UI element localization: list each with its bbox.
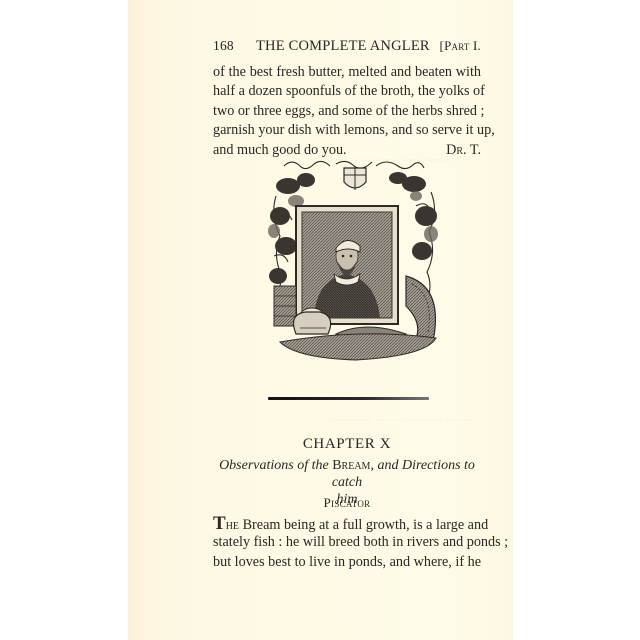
subtitle-part: Observations of the	[219, 458, 329, 473]
small-caps-word: he	[226, 517, 239, 533]
text-line: but loves best to live in ponds, and whe…	[213, 553, 481, 572]
text-line-content: Bream being at a full growth, is a large…	[239, 517, 488, 533]
running-header: 168 THE COMPLETE ANGLER [Part I.	[213, 38, 481, 56]
speaker-label: Piscator	[213, 495, 481, 511]
recipe-text: of the best fresh butter, melted and bea…	[213, 63, 481, 160]
text-line: The Bream being at a full growth, is a l…	[213, 514, 481, 533]
text-line: stately fish : he will breed both in riv…	[213, 533, 481, 552]
page-number: 168	[213, 38, 234, 54]
text-line: garnish your dish with lemons, and so se…	[213, 121, 481, 140]
text-line: two or three eggs, and some of the herbs…	[213, 102, 481, 121]
portrait-engraving	[266, 156, 444, 368]
part-label: [Part I.	[440, 38, 481, 54]
bleed-through-text: ~~~~~~ ~~~~ ~~~~~ ~~~~	[330, 410, 473, 429]
chapter-divider-rule	[268, 397, 429, 400]
chapter-paragraph: The Bream being at a full growth, is a l…	[213, 514, 481, 572]
author-signature: Dr. T.	[446, 141, 481, 160]
text-line: half a dozen spoonfuls of the broth, the…	[213, 82, 481, 101]
text-line: of the best fresh butter, melted and bea…	[213, 63, 481, 82]
subtitle-fish-name: Bream,	[332, 458, 374, 473]
drop-cap: T	[213, 513, 226, 534]
running-title: THE COMPLETE ANGLER	[256, 38, 430, 55]
chapter-heading: CHAPTER X	[213, 436, 481, 453]
